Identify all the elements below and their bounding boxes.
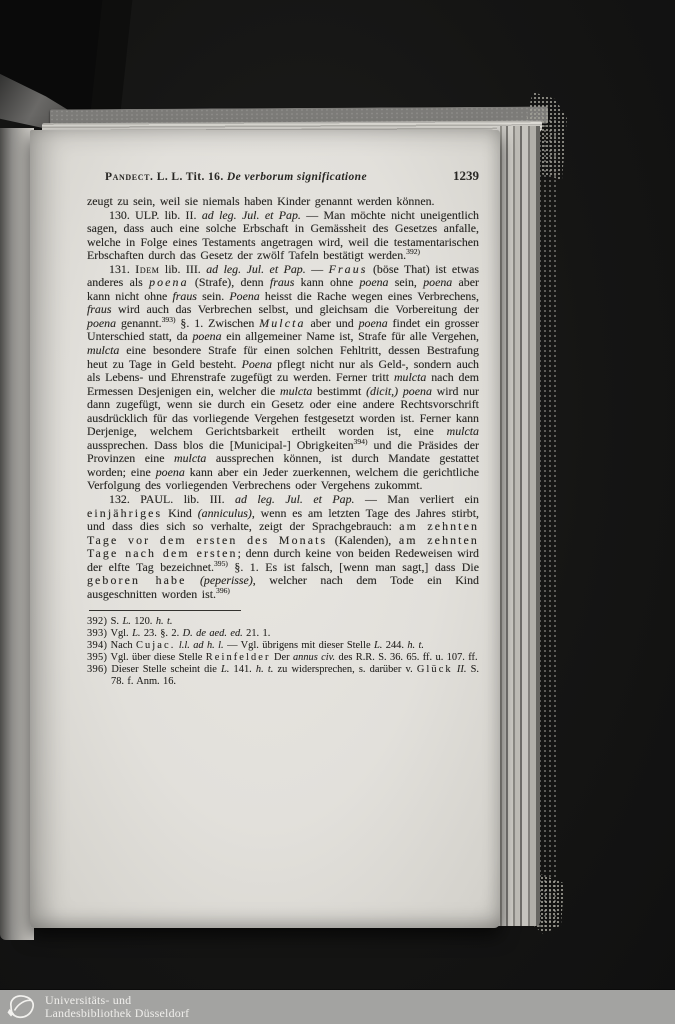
- footnote-text: Nach Cujac. l.l. ad h. l. — Vgl. übrigen…: [111, 640, 424, 651]
- paragraph-text: 132. PAUL. lib. III. ad leg. Jul. et Pap…: [87, 492, 479, 601]
- book-scan-photo: Pandect. L. L. Tit. 16. De verborum sign…: [0, 0, 675, 1024]
- page-header: Pandect. L. L. Tit. 16. De verborum sign…: [87, 168, 479, 184]
- footnotes: 392) S. L. 120. h. t.393) Vgl. L. 23. §.…: [87, 616, 479, 687]
- watermark-line2: Landesbibliothek Düsseldorf: [45, 1007, 189, 1021]
- footnote-text: Dieser Stelle scheint die L. 141. h. t. …: [111, 664, 479, 687]
- page-stack-right-edges: [497, 126, 540, 926]
- book-cover-right-edge: [538, 118, 558, 930]
- page-header-title: Pandect. L. L. Tit. 16. De verborum sign…: [105, 171, 453, 183]
- footnote-number: 393): [87, 628, 107, 639]
- footnote-number: 392): [87, 616, 107, 627]
- footnote-text: S. L. 120. h. t.: [111, 616, 173, 627]
- footnote-number: 394): [87, 640, 107, 651]
- paragraph: 130. ULP. lib. II. ad leg. Jul. et Pap. …: [87, 209, 479, 263]
- footnote-item: 393) Vgl. L. 23. §. 2. D. de aed. ed. 21…: [87, 628, 479, 640]
- watermark-line1: Universitäts- und: [45, 994, 189, 1008]
- footnote-separator: [89, 610, 241, 611]
- footnote-item: 394) Nach Cujac. l.l. ad h. l. — Vgl. üb…: [87, 640, 479, 652]
- body-text: zeugt zu sein, weil sie niemals haben Ki…: [87, 195, 479, 601]
- footnote-number: 395): [87, 652, 107, 663]
- watermark-bar: Universitäts- und Landesbibliothek Düsse…: [0, 990, 675, 1024]
- footnote-number: 396): [87, 664, 107, 675]
- ulb-duesseldorf-logo-icon: [5, 993, 39, 1021]
- page-content: Pandect. L. L. Tit. 16. De verborum sign…: [87, 168, 479, 688]
- paragraph: zeugt zu sein, weil sie niemals haben Ki…: [87, 195, 479, 209]
- footnote-item: 396) Dieser Stelle scheint die L. 141. h…: [87, 664, 479, 688]
- paragraph-text: 130. ULP. lib. II. ad leg. Jul. et Pap. …: [87, 208, 479, 263]
- paragraph-text: zeugt zu sein, weil sie niemals haben Ki…: [87, 194, 435, 208]
- footnote-item: 392) S. L. 120. h. t.: [87, 616, 479, 628]
- paragraph: 132. PAUL. lib. III. ad leg. Jul. et Pap…: [87, 493, 479, 601]
- book-page: Pandect. L. L. Tit. 16. De verborum sign…: [30, 130, 500, 928]
- footnote-text: Vgl. L. 23. §. 2. D. de aed. ed. 21. 1.: [110, 628, 270, 639]
- book-binding-left: [0, 128, 34, 940]
- watermark-text: Universitäts- und Landesbibliothek Düsse…: [45, 994, 189, 1021]
- paragraph-text: 131. Idem lib. III. ad leg. Jul. et Pap.…: [87, 262, 479, 493]
- page-number: 1239: [453, 168, 479, 184]
- footnote-text: Vgl. über diese Stelle Reinfelder Der an…: [110, 652, 477, 663]
- paragraph: 131. Idem lib. III. ad leg. Jul. et Pap.…: [87, 263, 479, 493]
- footnote-item: 395) Vgl. über diese Stelle Reinfelder D…: [87, 652, 479, 664]
